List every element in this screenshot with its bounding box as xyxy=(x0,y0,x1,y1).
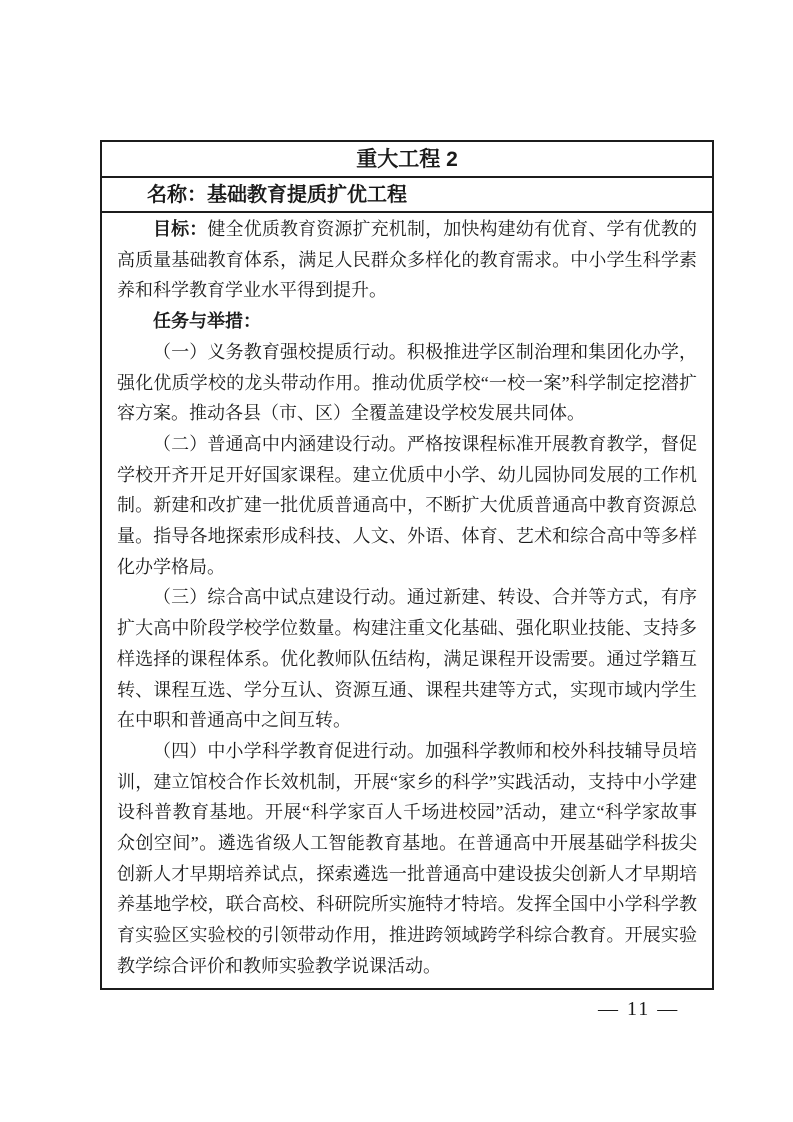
table-header-title: 重大工程 2 xyxy=(102,142,712,178)
project-detail-cell: 目标：健全优质教育资源扩充机制，加快构建幼有优育、学有优教的高质量基础教育体系，… xyxy=(102,213,712,988)
project-name-row: 名称：基础教育提质扩优工程 xyxy=(102,178,712,213)
document-page: 重大工程 2 名称：基础教育提质扩优工程 目标：健全优质教育资源扩充机制，加快构… xyxy=(0,0,793,1122)
project-name-value: 基础教育提质扩优工程 xyxy=(207,184,407,206)
task-item-4: （四）中小学科学教育促进行动。加强科学教师和校外科技辅导员培训，建立馆校合作长效… xyxy=(117,736,697,982)
task-item-2: （二）普通高中内涵建设行动。严格按课程标准开展教育教学，督促学校开齐开足开好国家… xyxy=(117,429,697,583)
task-item-1: （一）义务教育强校提质行动。积极推进学区制治理和集团化办学，强化优质学校的龙头带… xyxy=(117,337,697,429)
project-name-label: 名称： xyxy=(147,184,207,206)
goal-label: 目标： xyxy=(153,219,207,239)
goal-paragraph: 目标：健全优质教育资源扩充机制，加快构建幼有优育、学有优教的高质量基础教育体系，… xyxy=(117,214,697,306)
page-number: — 11 — xyxy=(598,998,679,1021)
task-item-3: （三）综合高中试点建设行动。通过新建、转设、合并等方式，有序扩大高中阶段学校学位… xyxy=(117,582,697,736)
tasks-section-label: 任务与举措： xyxy=(117,306,697,337)
project-table: 重大工程 2 名称：基础教育提质扩优工程 目标：健全优质教育资源扩充机制，加快构… xyxy=(100,140,714,990)
